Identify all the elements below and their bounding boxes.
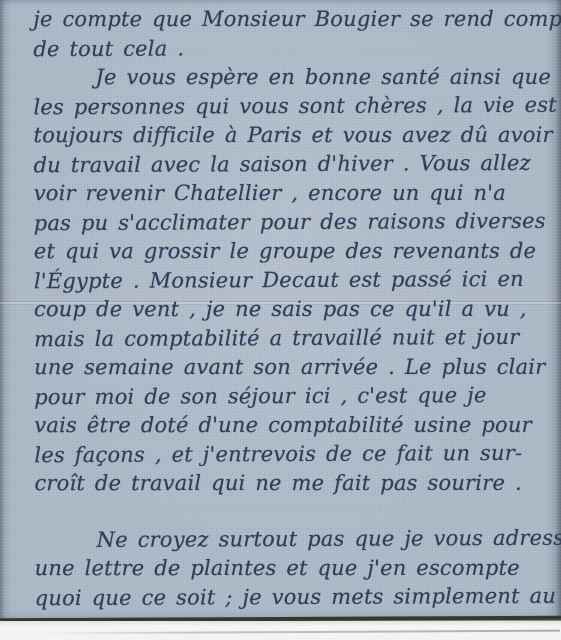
handwritten-line: de tout cela . <box>33 33 548 64</box>
handwritten-line: l'Égypte . Monsieur Decaut est passé ici… <box>34 265 549 296</box>
handwritten-line: Je vous espère en bonne santé ainsi que <box>33 63 548 92</box>
handwritten-line: toujours difficile à Paris et vous avez … <box>34 121 549 150</box>
handwritten-line: coup de vent , je ne sais pas ce qu'il a… <box>34 295 549 324</box>
paper-sheet: je compte que Monsieur Bougier se rend c… <box>0 0 561 621</box>
handwritten-line: Ne croyez surtout pas que je vous adress… <box>35 524 550 555</box>
handwritten-line: une lettre de plaintes et que j'en escom… <box>35 554 550 583</box>
handwritten-line: pour moi de son séjour ici , c'est que j… <box>34 381 549 412</box>
handwritten-line: une semaine avant son arrivée . Le plus … <box>34 353 549 382</box>
scanned-letter: je compte que Monsieur Bougier se rend c… <box>0 0 561 640</box>
handwritten-line: et qui va grossir le groupe des revenant… <box>34 237 549 266</box>
handwritten-line: pas pu s'acclimater pour des raisons div… <box>34 207 549 238</box>
handwritten-line: les façons , et j'entrevois de ce fait u… <box>34 439 549 470</box>
handwritten-line: je compte que Monsieur Bougier se rend c… <box>33 5 548 34</box>
handwritten-line: les personnes qui vous sont chères , la … <box>33 91 548 122</box>
handwritten-line: vais être doté d'une comptabilité usine … <box>34 411 549 440</box>
handwritten-text-block: je compte que Monsieur Bougier se rend c… <box>33 4 550 612</box>
handwritten-line: croît de travail qui ne me fait pas sour… <box>34 469 549 498</box>
handwritten-line: mais la comptabilité a travaillé nuit et… <box>34 323 549 354</box>
handwritten-line: quoi que ce soit ; je vous mets simpleme… <box>35 582 550 613</box>
handwritten-line: du travail avec la saison d'hiver . Vous… <box>34 149 549 180</box>
handwritten-line: voir revenir Chatellier , encore un qui … <box>34 179 549 208</box>
